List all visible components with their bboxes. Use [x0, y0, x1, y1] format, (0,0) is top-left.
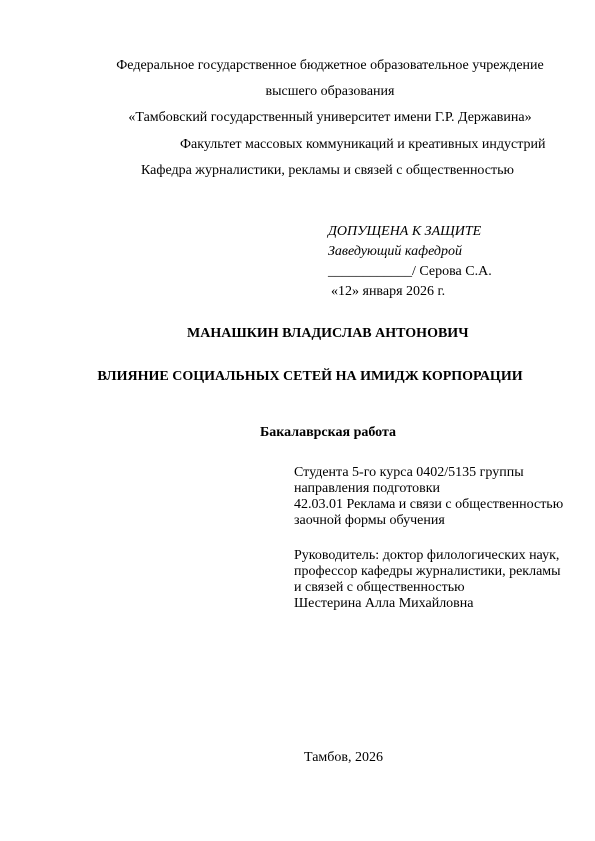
institution-line-1: Федеральное государственное бюджетное об… [0, 58, 595, 74]
work-type: Бакалаврская работа [260, 425, 396, 441]
author-name: МАНАШКИН ВЛАДИСЛАВ АНТОНОВИЧ [187, 326, 468, 342]
approval-title: ДОПУЩЕНА К ЗАЩИТЕ [328, 224, 492, 240]
institution-line-2: высшего образования [0, 84, 595, 100]
university-name: «Тамбовский государственный университет … [0, 110, 595, 126]
supervisor-info-line: Руководитель: доктор филологических наук… [294, 548, 561, 564]
faculty-name: Факультет массовых коммуникаций и креати… [180, 137, 546, 153]
supervisor-info-line: и связей с общественностью [294, 580, 561, 596]
city-year: Тамбов, 2026 [304, 750, 383, 766]
thesis-title: ВЛИЯНИЕ СОЦИАЛЬНЫХ СЕТЕЙ НА ИМИДЖ КОРПОР… [0, 369, 595, 385]
supervisor-info-line: профессор кафедры журналистики, рекламы [294, 564, 561, 580]
supervisor-info: Руководитель: доктор филологических наук… [294, 548, 561, 612]
student-info-line: направления подготовки [294, 481, 563, 497]
supervisor-info-line: Шестерина Алла Михайловна [294, 596, 561, 612]
student-info: Студента 5-го курса 0402/5135 группы нап… [294, 465, 563, 529]
student-info-line: Студента 5-го курса 0402/5135 группы [294, 465, 563, 481]
student-info-line: заочной формы обучения [294, 513, 563, 529]
student-info-line: 42.03.01 Реклама и связи с общественност… [294, 497, 563, 513]
department-name: Кафедра журналистики, рекламы и связей с… [141, 163, 514, 179]
approval-signature: ____________/ Серова С.А. [328, 264, 492, 280]
approval-role: Заведующий кафедрой [328, 244, 492, 260]
approval-date: «12» января 2026 г. [331, 284, 492, 300]
approval-block: ДОПУЩЕНА К ЗАЩИТЕ Заведующий кафедрой __… [328, 224, 492, 300]
